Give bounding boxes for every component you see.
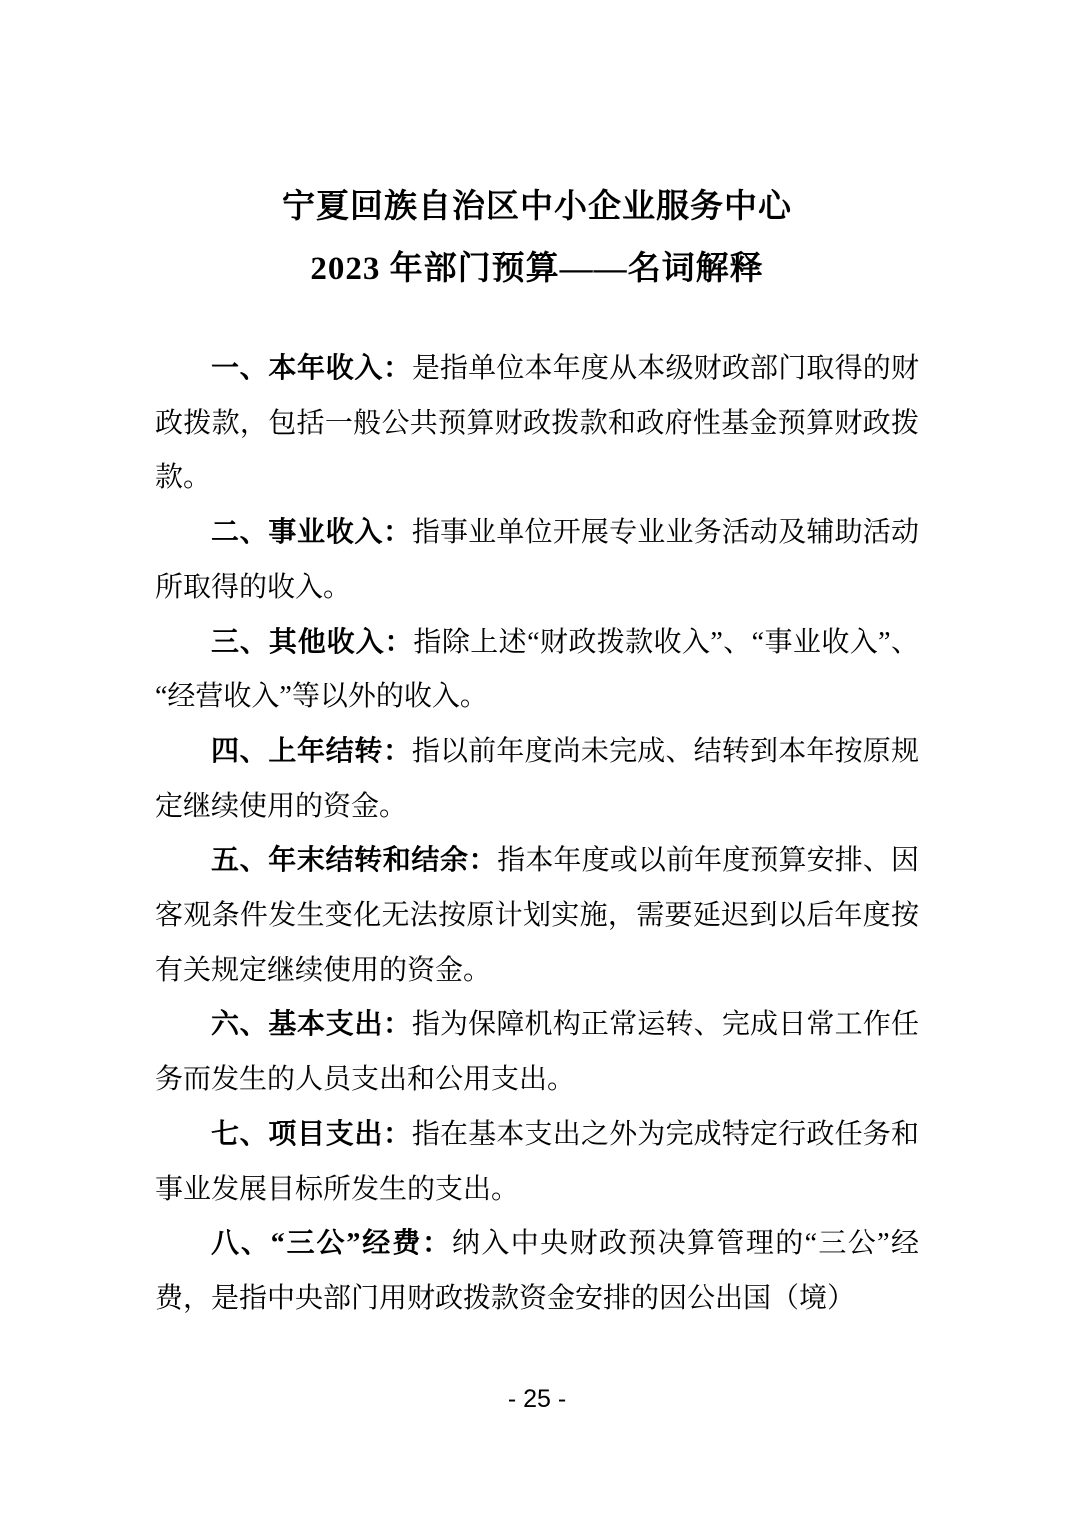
glossary-paragraph-6: 六、基本支出：指为保障机构正常运转、完成日常工作任务而发生的人员支出和公用支出。 (155, 998, 919, 1107)
glossary-paragraph-7: 七、项目支出：指在基本支出之外为完成特定行政任务和事业发展目标所发生的支出。 (155, 1108, 919, 1217)
glossary-paragraph-1: 一、本年收入：是指单位本年度从本级财政部门取得的财政拨款，包括一般公共预算财政拨… (155, 342, 919, 506)
document-page: 宁夏回族自治区中小企业服务中心 2023 年部门预算——名词解释 一、本年收入：… (0, 0, 1074, 1520)
glossary-term-8: 八、“三公”经费： (211, 1228, 452, 1259)
glossary-term-7: 七、项目支出： (211, 1119, 412, 1150)
glossary-term-2: 二、事业收入： (211, 517, 412, 548)
page-footer: - 25 - (0, 1385, 1074, 1414)
glossary-term-6: 六、基本支出： (211, 1009, 412, 1040)
glossary-term-1: 一、本年收入： (211, 353, 412, 384)
document-title: 宁夏回族自治区中小企业服务中心 2023 年部门预算——名词解释 (155, 176, 919, 300)
title-line-1: 宁夏回族自治区中小企业服务中心 (155, 176, 919, 238)
glossary-paragraph-2: 二、事业收入：指事业单位开展专业业务活动及辅助活动所取得的收入。 (155, 506, 919, 615)
glossary-paragraph-5: 五、年末结转和结余：指本年度或以前年度预算安排、因客观条件发生变化无法按原计划实… (155, 834, 919, 998)
document-body: 一、本年收入：是指单位本年度从本级财政部门取得的财政拨款，包括一般公共预算财政拨… (155, 342, 919, 1327)
glossary-term-3: 三、其他收入： (211, 627, 413, 658)
glossary-paragraph-4: 四、上年结转：指以前年度尚未完成、结转到本年按原规定继续使用的资金。 (155, 725, 919, 834)
title-line-2: 2023 年部门预算——名词解释 (155, 238, 919, 300)
glossary-term-4: 四、上年结转： (211, 736, 412, 767)
glossary-term-5: 五、年末结转和结余： (211, 845, 497, 876)
glossary-paragraph-8: 八、“三公”经费：纳入中央财政预决算管理的“三公”经费，是指中央部门用财政拨款资… (155, 1217, 919, 1326)
glossary-paragraph-3: 三、其他收入：指除上述“财政拨款收入”、“事业收入”、“经营收入”等以外的收入。 (155, 616, 919, 725)
page-number: - 25 - (508, 1385, 566, 1413)
